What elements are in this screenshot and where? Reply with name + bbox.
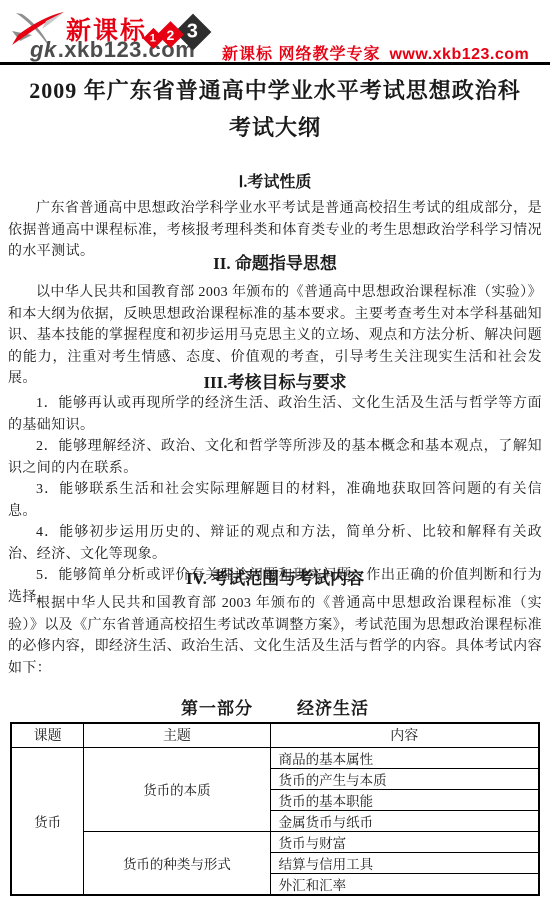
list-item-1: 1．能够再认或再现所学的经济生活、政治生活、文化生活及生活与哲学等方面的基础知识… xyxy=(8,393,542,436)
tagline-text: 新课标 网络教学专家 xyxy=(222,41,380,64)
list-item-3: 3．能够联系生活和社会实际理解题目的材料，准确地获取回答问题的有关信息。 xyxy=(8,479,542,522)
cell-theme-1: 货币的本质 xyxy=(84,747,270,831)
cell-content: 金属货币与纸币 xyxy=(270,810,539,831)
cell-content: 商品的基本属性 xyxy=(270,747,539,768)
section-heading-exam-scope: IV. 考试范围与考试内容 xyxy=(8,564,542,589)
part-title: 第一部分经济生活 xyxy=(8,694,542,719)
cell-theme-2: 货币的种类与形式 xyxy=(84,831,270,895)
section-heading-assessment-objectives: III.考核目标与要求 xyxy=(8,368,542,393)
page-title-line2: 考试大纲 xyxy=(8,109,542,146)
cell-content: 外汇和汇率 xyxy=(270,873,539,895)
cell-content: 结算与信用工具 xyxy=(270,852,539,873)
list-item-4: 4．能够初步运用历史的、辩证的观点和方法，简单分析、比较和解释有关政治、经济、文… xyxy=(8,522,542,565)
cell-content: 货币的产生与本质 xyxy=(270,768,539,789)
page-title-line1: 2009 年广东省普通高中学业水平考试思想政治科 xyxy=(8,72,542,109)
list-item-2: 2．能够理解经济、政治、文化和哲学等所涉及的基本概念和基本观点，了解知识之间的内… xyxy=(8,436,542,479)
header-tagline-row: 新课标 网络教学专家 www.xkb123.com xyxy=(222,41,544,64)
content-table: 课题 主题 内容 货币 货币的本质 商品的基本属性 货币的产生与本质 货币的基本… xyxy=(10,722,540,896)
section-heading-guiding-ideology: II. 命题指导思想 xyxy=(8,249,542,274)
part-name: 经济生活 xyxy=(297,699,369,718)
table-header-row: 课题 主题 内容 xyxy=(11,723,539,747)
cell-content: 货币的基本职能 xyxy=(270,789,539,810)
section-heading-exam-nature: Ⅰ.考试性质 xyxy=(8,169,542,192)
cell-lesson: 货币 xyxy=(11,747,84,895)
table-row: 货币 货币的本质 商品的基本属性 xyxy=(11,747,539,768)
header-divider xyxy=(0,62,550,65)
site-logo[interactable]: 新课标 1 2 3 gk.xkb123.com xyxy=(8,3,218,61)
document-page: { "header": { "logo": { "brand": "新课标", … xyxy=(0,0,550,912)
column-header-lesson: 课题 xyxy=(11,723,84,747)
paragraph-exam-scope: 根据中华人民共和国教育部 2003 年颁布的《普通高中思想政治课程标准（实验）》… xyxy=(8,593,542,679)
page-title: 2009 年广东省普通高中学业水平考试思想政治科 考试大纲 xyxy=(8,72,542,146)
cell-content: 货币与财富 xyxy=(270,831,539,852)
part-label: 第一部分 xyxy=(181,699,253,718)
column-header-content: 内容 xyxy=(270,723,539,747)
column-header-theme: 主题 xyxy=(84,723,270,747)
table-row: 货币的种类与形式 货币与财富 xyxy=(11,831,539,852)
